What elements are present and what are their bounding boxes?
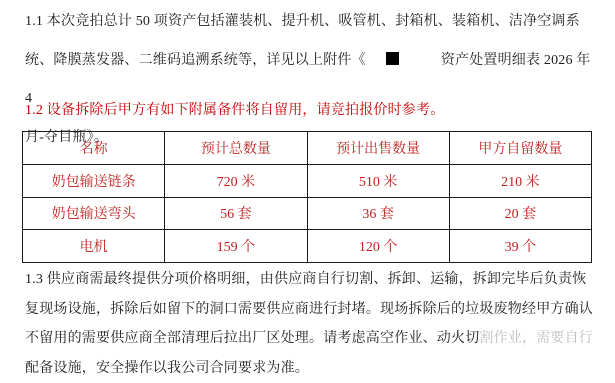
cell-item-name: 电机 (23, 230, 165, 263)
paragraph-1-3-line-3: 不留用的需要供应商全部清理后拉出厂区处理。请考虑高空作业、动火切割作业，需要自行 (25, 324, 597, 354)
cell-sale-qty: 36 套 (307, 197, 449, 230)
table-row: 电机 159 个 120 个 39 个 (23, 230, 592, 263)
paragraph-1-3-line-4: 配备设施，安全操作以我公司合同要求为准。 (25, 354, 597, 383)
cell-sale-qty: 120 个 (307, 230, 449, 263)
paragraph-1-3-line-2: 复现场设施，拆除后如留下的洞口需要供应商进行封堵。现场拆除后的垃圾废物经甲方确认 (25, 295, 597, 325)
header-estimated-sale-qty: 预计出售数量 (307, 132, 449, 165)
cell-total-qty: 720 米 (165, 164, 307, 197)
table-header-row: 名称 预计总数量 预计出售数量 甲方自留数量 (23, 132, 592, 165)
cell-total-qty: 159 个 (165, 230, 307, 263)
paragraph-1-1-line-2-prefix: 统、降膜蒸发器、二维码追溯系统等，详见以上附件《 (25, 53, 366, 68)
paragraph-1-1-line-1: 1.1 本次竞拍总计 50 项资产包括灌装机、提升机、吸管机、封箱机、装箱机、洁… (25, 3, 597, 42)
cell-retained-qty: 210 米 (449, 164, 591, 197)
retained-parts-table: 名称 预计总数量 预计出售数量 甲方自留数量 奶包输送链条 720 米 510 … (22, 131, 592, 263)
table-row: 奶包输送链条 720 米 510 米 210 米 (23, 164, 592, 197)
paragraph-1-3-line-3-normal: 不留用的需要供应商全部清理后拉出厂区处理。请考虑高空作业、动火切 (25, 331, 479, 346)
paragraph-1-3-line-3-faded: 割作业，需要自行 (479, 331, 593, 346)
cell-retained-qty: 20 套 (449, 197, 591, 230)
header-party-a-retained-qty: 甲方自留数量 (449, 132, 591, 165)
cell-item-name: 奶包输送弯头 (23, 197, 165, 230)
paragraph-1-2: 1.2 设备拆除后甲方有如下附属备件将自留用，请竞拍报价时参考。 (25, 100, 597, 122)
document-page: 1.1 本次竞拍总计 50 项资产包括灌装机、提升机、吸管机、封箱机、装箱机、洁… (0, 0, 615, 383)
header-estimated-total-qty: 预计总数量 (165, 132, 307, 165)
cell-retained-qty: 39 个 (449, 230, 591, 263)
cell-sale-qty: 510 米 (307, 164, 449, 197)
paragraph-1-3: 1.3 供应商需最终提供分项价格明细，由供应商自行切割、拆卸、运输，拆卸完毕后负… (25, 265, 597, 383)
redaction-square (386, 52, 399, 65)
header-name: 名称 (23, 132, 165, 165)
table-row: 奶包输送弯头 56 套 36 套 20 套 (23, 197, 592, 230)
cell-total-qty: 56 套 (165, 197, 307, 230)
paragraph-1-3-line-1: 1.3 供应商需最终提供分项价格明细，由供应商自行切割、拆卸、运输，拆卸完毕后负… (25, 265, 597, 295)
cell-item-name: 奶包输送链条 (23, 164, 165, 197)
